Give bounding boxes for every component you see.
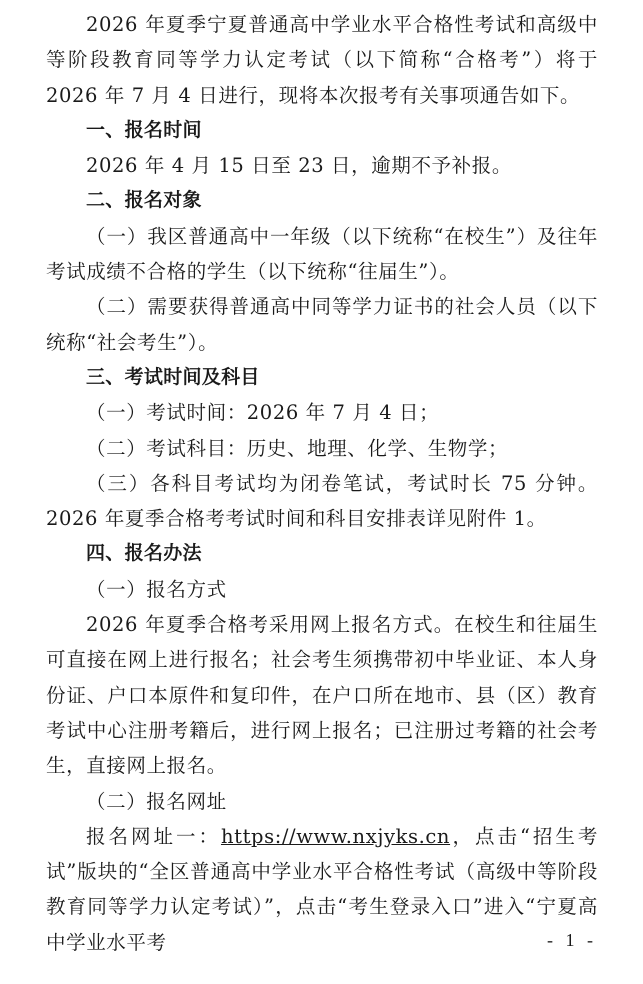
exam-format-item: （三）各科目考试均为闭卷笔试，考试时长 75 分钟。2026 年夏季合格考考试时… <box>46 466 598 537</box>
exam-time-item: （一）考试时间：2026 年 7 月 4 日； <box>46 395 598 430</box>
section-heading-exam-time-subjects: 三、考试时间及科目 <box>46 360 598 395</box>
eligibility-item-1: （一）我区普通高中一年级（以下统称“在校生”）及往年考试成绩不合格的学生（以下统… <box>46 219 598 290</box>
registration-method-text: 2026 年夏季合格考采用网上报名方式。在校生和往届生可直接在网上进行报名；社会… <box>46 607 598 783</box>
registration-url-link[interactable]: https://www.nxjyks.cn <box>221 825 450 848</box>
subsection-title-website: （二）报名网址 <box>46 784 598 819</box>
website-label: 报名网址一： <box>86 825 221 848</box>
document-page: 2026 年夏季宁夏普通高中学业水平合格性考试和高级中等阶段教育同等学力认定考试… <box>46 7 598 960</box>
registration-time-text: 2026 年 4 月 15 日至 23 日，逾期不予补报。 <box>46 148 598 183</box>
section-heading-eligibility: 二、报名对象 <box>46 183 598 218</box>
intro-paragraph: 2026 年夏季宁夏普通高中学业水平合格性考试和高级中等阶段教育同等学力认定考试… <box>46 7 598 113</box>
subsection-title-method: （一）报名方式 <box>46 572 598 607</box>
page-number: - 1 - <box>0 930 597 951</box>
exam-subjects-item: （二）考试科目：历史、地理、化学、生物学； <box>46 431 598 466</box>
eligibility-item-2: （二）需要获得普通高中同等学力证书的社会人员（以下统称“社会考生”）。 <box>46 289 598 360</box>
section-heading-registration-method: 四、报名办法 <box>46 536 598 571</box>
section-heading-registration-time: 一、报名时间 <box>46 113 598 148</box>
